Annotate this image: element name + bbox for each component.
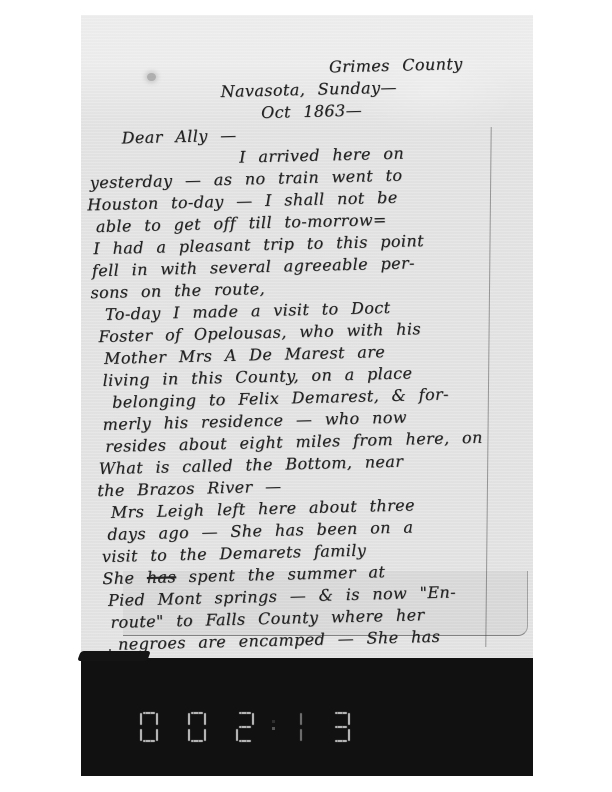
film-band (81, 658, 533, 776)
counter-digit (188, 712, 206, 742)
microfilm-frame: Grimes CountyNavasota, Sunday—Oct 1863—D… (81, 15, 533, 658)
counter-digit (284, 712, 302, 742)
counter-digit (332, 712, 350, 742)
frame-counter (140, 712, 350, 742)
counter-digit (236, 712, 254, 742)
counter-digit (140, 712, 158, 742)
microfilm-scan: Grimes CountyNavasota, Sunday—Oct 1863—D… (0, 0, 612, 792)
film-band-edge (77, 651, 151, 661)
letter-body: Grimes CountyNavasota, Sunday—Oct 1863—D… (84, 52, 530, 656)
